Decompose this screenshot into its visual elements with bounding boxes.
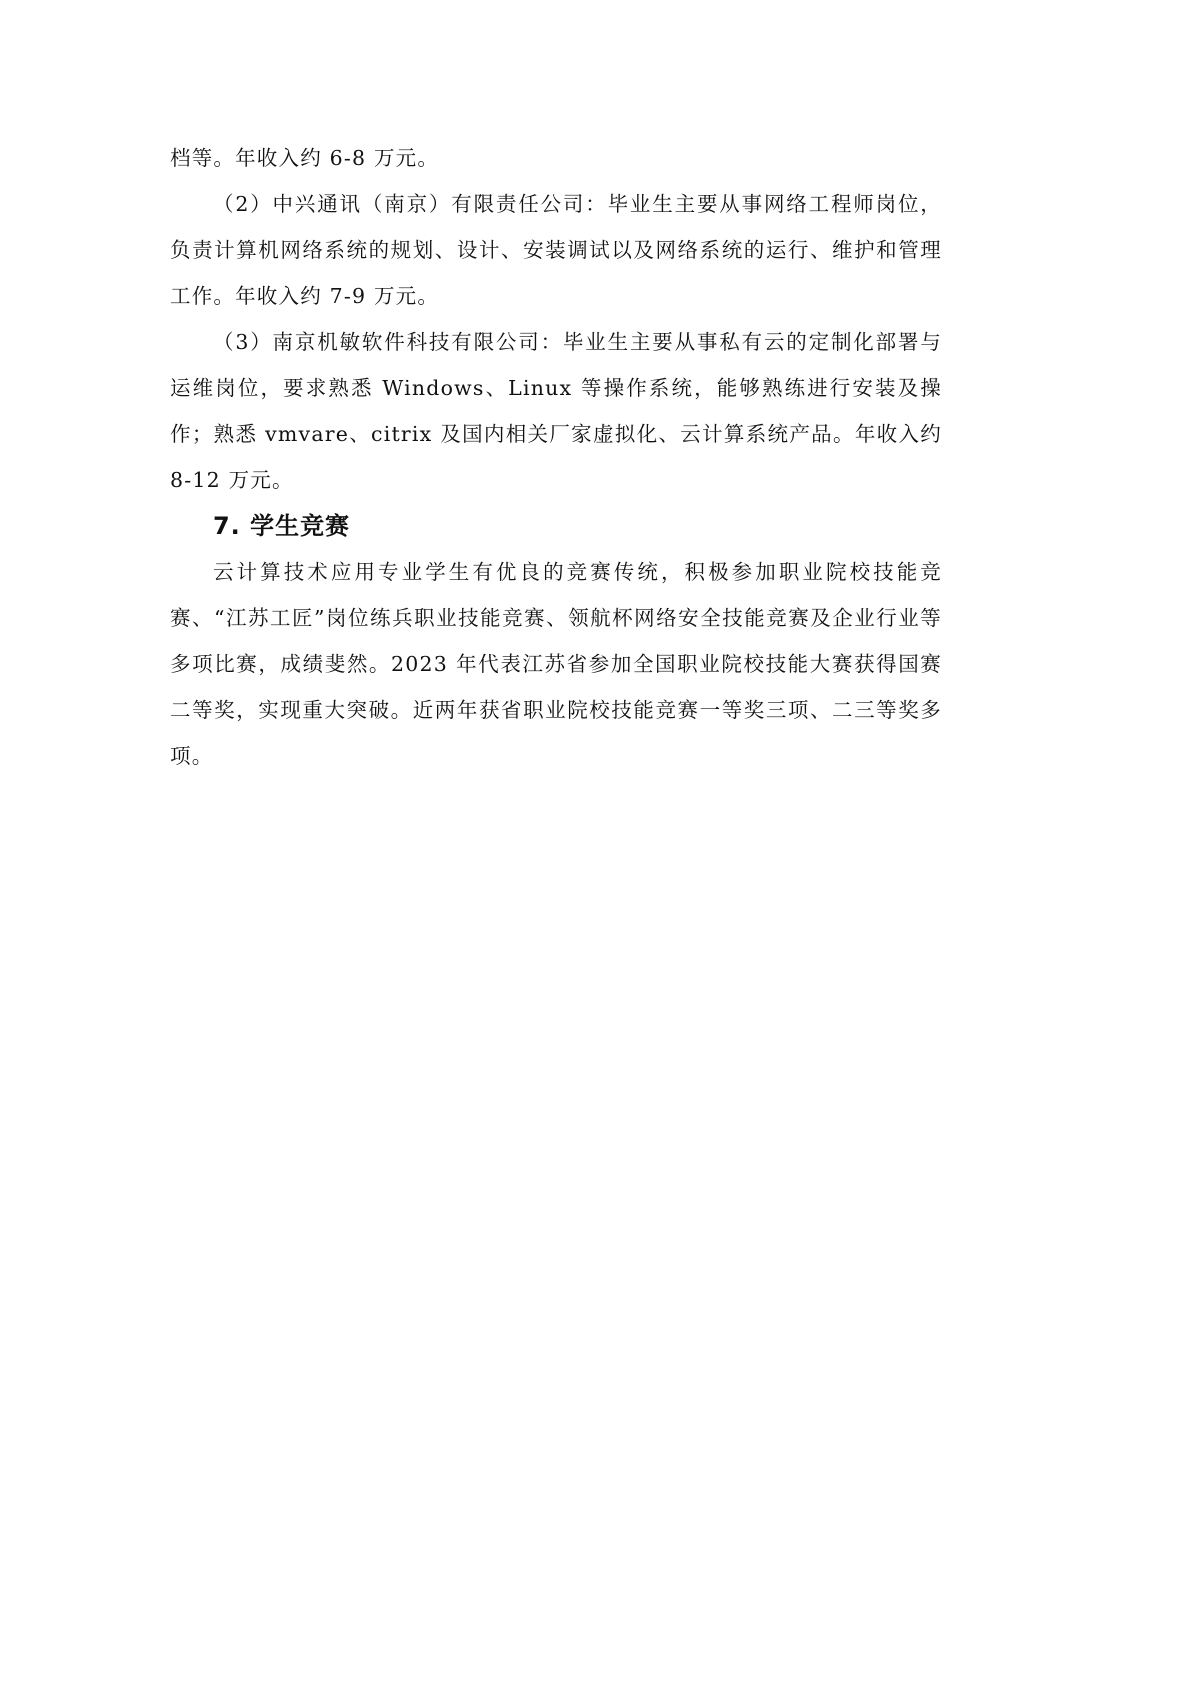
paragraph-continuation: 档等。年收入约 6-8 万元。 [170, 135, 942, 181]
paragraph-jimin: （3）南京机敏软件科技有限公司：毕业生主要从事私有云的定制化部署与运维岗位，要求… [170, 319, 942, 503]
paragraph-zte: （2）中兴通讯（南京）有限责任公司：毕业生主要从事网络工程师岗位，负责计算机网络… [170, 181, 942, 319]
paragraph-competitions: 云计算技术应用专业学生有优良的竞赛传统，积极参加职业院校技能竞赛、“江苏工匠”岗… [170, 549, 942, 779]
document-page: 档等。年收入约 6-8 万元。 （2）中兴通讯（南京）有限责任公司：毕业生主要从… [170, 135, 942, 779]
section-heading: 7. 学生竞赛 [170, 503, 942, 549]
